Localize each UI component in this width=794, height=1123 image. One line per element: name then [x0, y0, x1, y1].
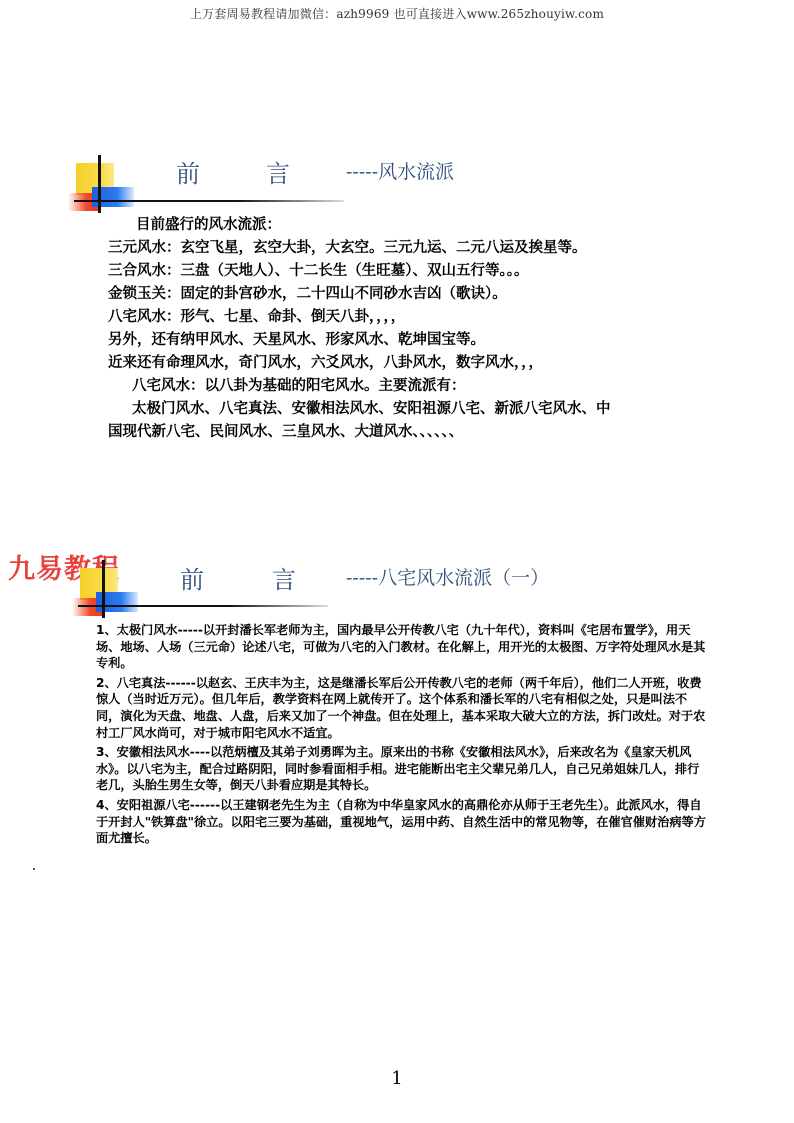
watermark-banner: 上万套周易教程请加微信：azh9969 也可直接进入www.265zhouyiw… — [0, 5, 794, 22]
school-line: 八宅风水：形气、七星、命卦、倒天八卦，，，， — [108, 306, 688, 329]
school-line: 三元风水：玄空飞星，玄空大卦，大玄空。三元九运、二元八运及挨星等。 — [108, 237, 688, 260]
deco-vertical-line — [102, 560, 105, 618]
heading-word-qian: 前 — [180, 560, 204, 595]
section-1-body: 目前盛行的风水流派： 三元风水：玄空飞星，玄空大卦，大玄空。三元九运、二元八运及… — [108, 214, 688, 444]
school-line: 金锁玉关：固定的卦宫砂水，二十四山不同砂水吉凶（歌诀）。 — [108, 283, 688, 306]
bazhai-schools-line: 太极门风水、八宅真法、安徽相法风水、安阳祖源八宅、新派八宅风水、中 — [108, 398, 688, 421]
heading-decoration-2 — [72, 560, 162, 630]
section-2-body: 1、太极门风水-----以开封潘长军老师为主，国内最早公开传教八宅（九十年代），… — [96, 622, 708, 850]
school-paragraph-taijimen: 1、太极门风水-----以开封潘长军老师为主，国内最早公开传教八宅（九十年代），… — [96, 622, 708, 672]
heading-word-yan: 言 — [272, 560, 296, 595]
deco-horizontal-line — [78, 605, 328, 607]
heading-subtitle: -----八宅风水流派（一） — [346, 563, 549, 590]
intro-line: 目前盛行的风水流派： — [108, 214, 688, 237]
school-line: 另外，还有纳甲风水、天星风水、形家风水、乾坤国宝等。 — [108, 329, 688, 352]
heading-word-yan: 言 — [266, 154, 290, 189]
bazhai-intro-line: 八宅风水：以八卦为基础的阳宅风水。主要流派有： — [108, 375, 688, 398]
school-paragraph-anyang-zuyuan: 4、安阳祖源八宅------以王建钢老先生为主（自称为中华皇家风水的高鼎伦亦从师… — [96, 797, 708, 847]
school-line: 三合风水：三盘（天地人）、十二长生（生旺墓）、双山五行等。。。 — [108, 260, 688, 283]
bazhai-schools-line-cont: 国现代新八宅、民间风水、三皇风水、大道风水、、、、、、 — [108, 421, 688, 444]
page-number: 1 — [0, 1068, 794, 1089]
school-line: 近来还有命理风水，奇门风水，六爻风水，八卦风水，数字风水，，， — [108, 352, 688, 375]
stray-mark — [33, 868, 35, 870]
school-paragraph-anhui-xiangfa: 3、安徽相法风水----以范炳檀及其弟子刘勇晖为主。原来出的书称《安徽相法风水》… — [96, 744, 708, 794]
deco-vertical-line — [98, 155, 101, 213]
heading-word-qian: 前 — [176, 154, 200, 189]
heading-subtitle: -----风水流派 — [346, 157, 454, 184]
deco-horizontal-line — [74, 200, 344, 202]
school-paragraph-bazhai-zhenfa: 2、八宅真法------以赵玄、王庆丰为主，这是继潘长军后公开传教八宅的老师（两… — [96, 675, 708, 741]
